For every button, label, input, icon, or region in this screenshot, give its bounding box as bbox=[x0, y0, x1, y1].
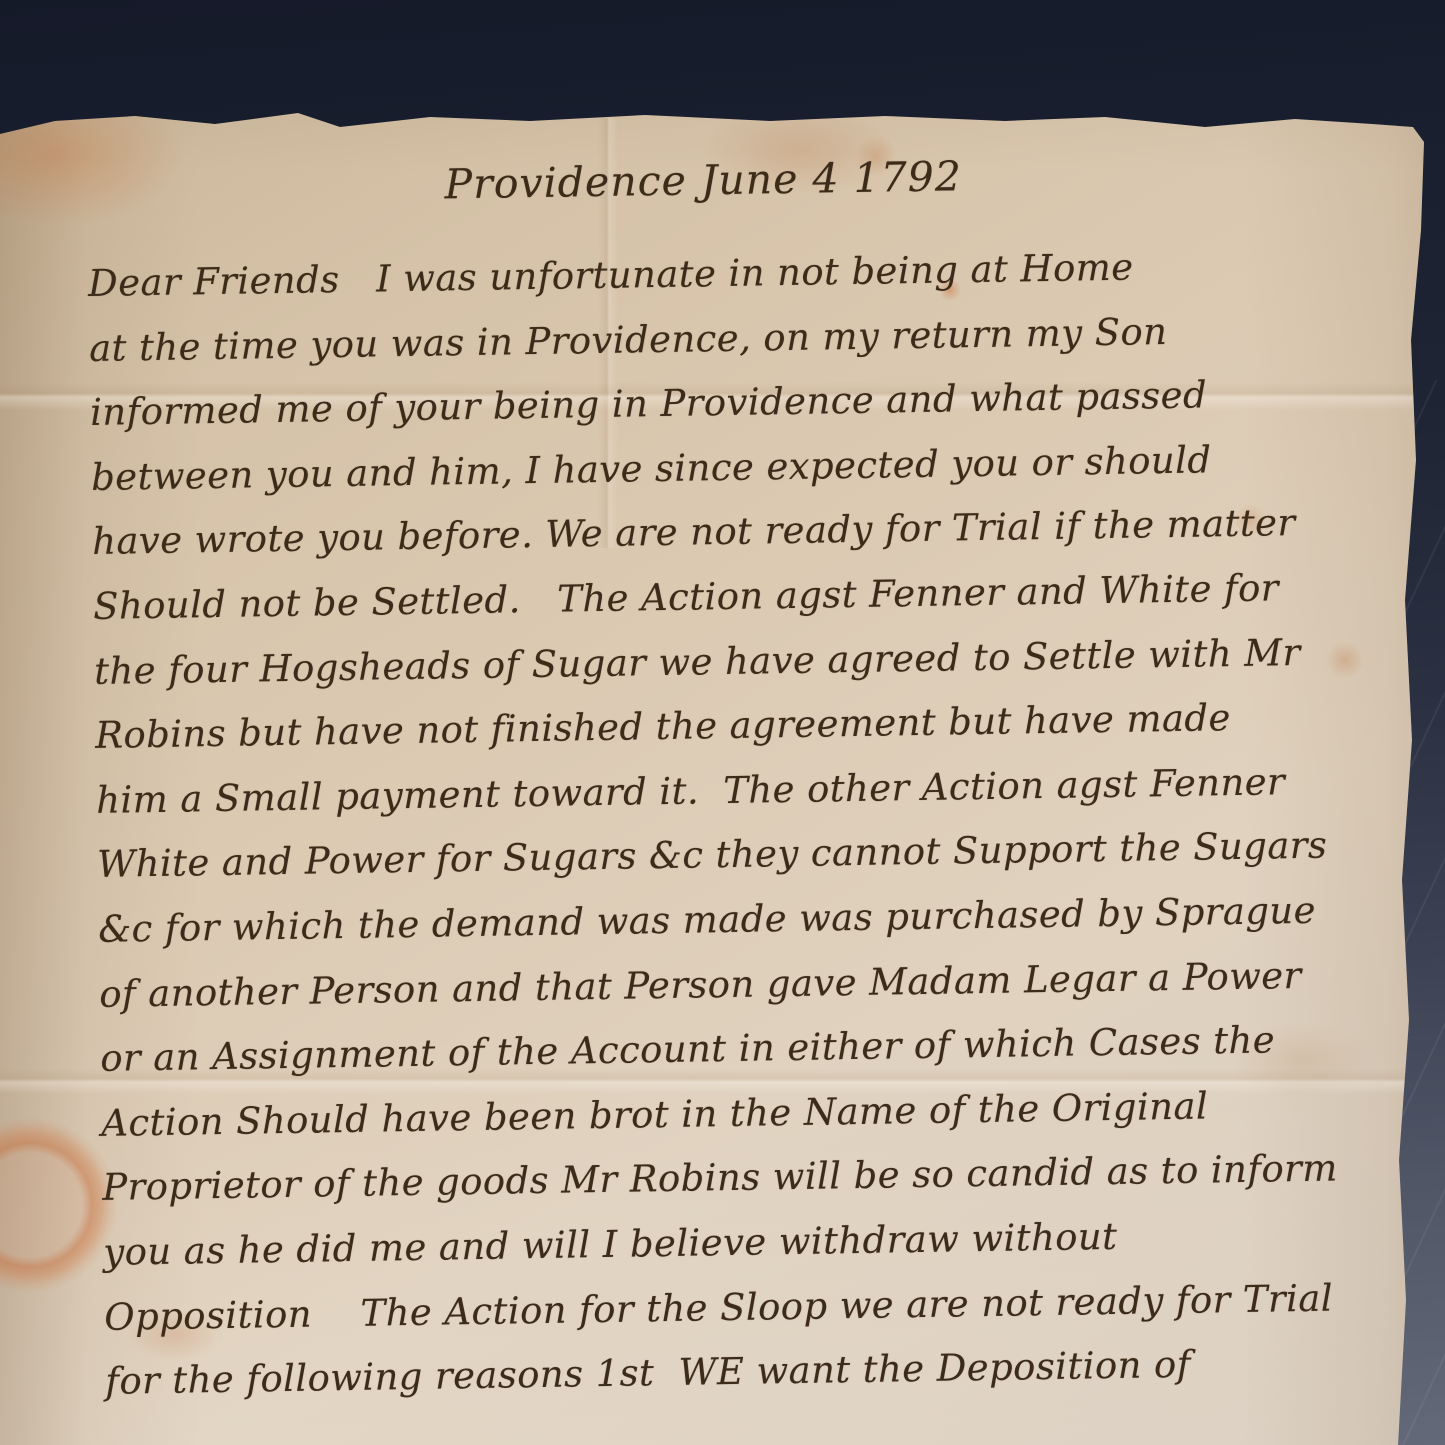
letter-paper: Providence June 4 1792 Dear Friends I wa… bbox=[0, 0, 1445, 1445]
letter-text: Providence June 4 1792 Dear Friends I wa… bbox=[86, 129, 1421, 1414]
letter-lines: Dear Friends I was unfortunate in not be… bbox=[88, 231, 1421, 1414]
photo-background: Providence June 4 1792 Dear Friends I wa… bbox=[0, 0, 1445, 1445]
